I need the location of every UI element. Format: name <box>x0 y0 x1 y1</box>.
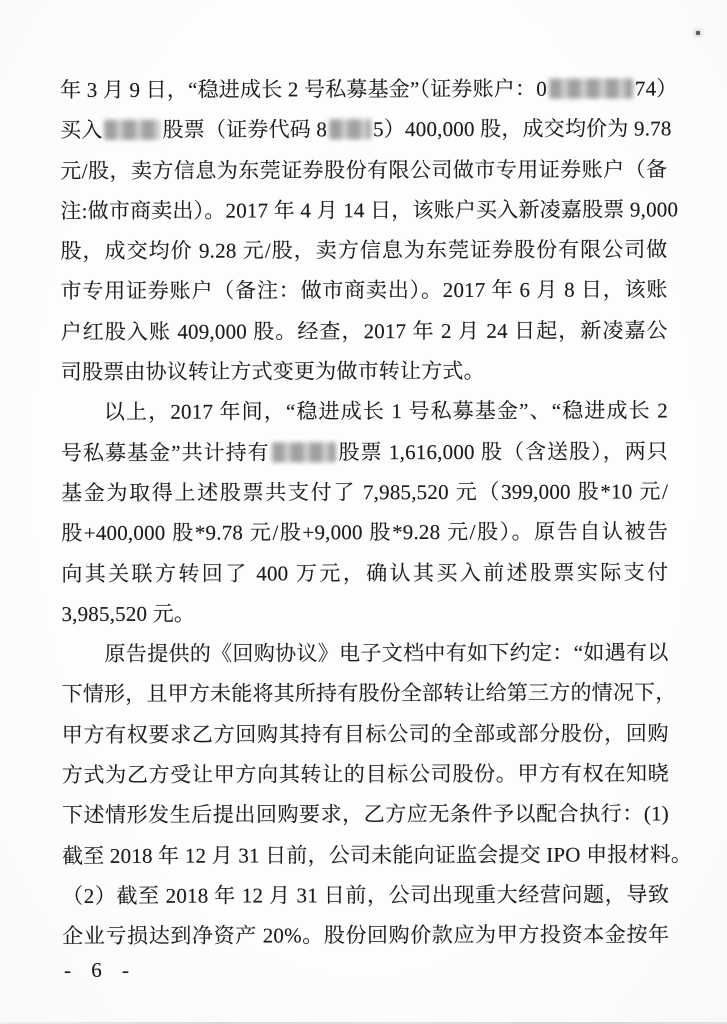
text-segment: 甲方有权要求乙方回购其持有目标公司的全部或部分股份，回购 <box>62 721 669 747</box>
text-line: 原告提供的《回购协议》电子文档中有如下约定：“如遇有以 <box>61 633 668 675</box>
text-segment: 5）400,000 股，成交均价为 9.78 <box>373 117 671 142</box>
text-line: （2）截至 2018 年 12 月 31 日前，公司出现重大经营问题，导致 <box>62 874 669 916</box>
text-segment: 股，成交均价 9.28 元/股，卖方信息为东莞证券股份有限公司做 <box>60 238 667 264</box>
text-segment: 向其关联方转回了 400 万元，确认其买入前述股票实际支付 <box>61 560 668 586</box>
text-segment: 年 3 月 9 日，“稳进成长 2 号私募基金”（证券账户：0 <box>60 77 547 102</box>
redacted-text <box>329 119 371 139</box>
text-segment: 下述情形发生后提出回购要求，乙方应无条件予以配合执行：(1) <box>62 802 669 828</box>
text-segment: 注:做市商卖出）。2017 年 4 月 14 日，该账户买入新凌嘉股票 9,00… <box>60 197 678 223</box>
text-segment: 号私募基金”共计持有 <box>61 440 270 465</box>
redacted-text <box>549 79 633 99</box>
text-line: 号私募基金”共计持有股票 1,616,000 股（含送股），两只 <box>61 431 668 473</box>
text-segment: 企业亏损达到净资产 20%。股份回购价款应为甲方投资本金按年 <box>62 923 669 949</box>
scan-speck <box>696 31 700 35</box>
text-line: 年 3 月 9 日，“稳进成长 2 号私募基金”（证券账户：074） <box>60 68 667 110</box>
text-segment: 元/股，卖方信息为东莞证券股份有限公司做市专用证券账户（备 <box>60 157 667 183</box>
text-line: 下述情形发生后提出回购要求，乙方应无条件予以配合执行：(1) <box>62 794 669 836</box>
text-segment: 市专用证券账户（备注：做市商卖出）。2017 年 6 月 8 日，该账 <box>61 278 668 304</box>
document-text: 年 3 月 9 日，“稳进成长 2 号私募基金”（证券账户：074）买入股票（证… <box>60 68 669 956</box>
text-segment: 下情形，且甲方未能将其所持有股份全部转让给第三方的情况下， <box>62 681 677 707</box>
text-line: 截至 2018 年 12 月 31 日前，公司未能向证监会提交 IPO 申报材料… <box>62 834 669 876</box>
text-segment: 户红股入账 409,000 股。经查，2017 年 2 月 24 日起，新凌嘉公 <box>61 318 668 344</box>
text-segment: 方式为乙方受让甲方向其转让的目标公司股份。甲方有权在知晓 <box>62 761 669 787</box>
page-number: - 6 - <box>64 950 132 990</box>
text-segment: 截至 2018 年 12 月 31 日前，公司未能向证监会提交 IPO 申报材料… <box>62 842 692 868</box>
text-line: 买入股票（证券代码 85）400,000 股，成交均价为 9.78 <box>60 109 667 151</box>
text-line: 司股票由协议转让方式变更为做市转让方式。 <box>61 350 668 392</box>
text-segment: 买入 <box>60 118 102 142</box>
redacted-text <box>272 442 336 462</box>
text-segment: 74） <box>635 76 678 100</box>
text-segment: 基金为取得上述股票共支付了 7,985,520 元（399,000 股*10 元… <box>61 479 668 505</box>
text-segment: 股票（证券代码 8 <box>163 118 328 142</box>
text-segment: 3,985,520 元。 <box>61 602 195 626</box>
text-line: 股+400,000 股*9.78 元/股+9,000 股*9.28 元/股）。原… <box>61 512 668 554</box>
text-segment: 司股票由协议转让方式变更为做市转让方式。 <box>61 359 485 384</box>
text-line: 元/股，卖方信息为东莞证券股份有限公司做市专用证券账户（备 <box>60 149 667 191</box>
text-line: 企业亏损达到净资产 20%。股份回购价款应为甲方投资本金按年 <box>62 915 669 957</box>
text-line: 方式为乙方受让甲方向其转让的目标公司股份。甲方有权在知晓 <box>62 753 669 795</box>
redacted-text <box>105 120 161 140</box>
text-line: 市专用证券账户（备注：做市商卖出）。2017 年 6 月 8 日，该账 <box>61 270 668 312</box>
text-line: 户红股入账 409,000 股。经查，2017 年 2 月 24 日起，新凌嘉公 <box>61 310 668 352</box>
text-line: 注:做市商卖出）。2017 年 4 月 14 日，该账户买入新凌嘉股票 9,00… <box>60 189 667 231</box>
text-line: 股，成交均价 9.28 元/股，卖方信息为东莞证券股份有限公司做 <box>60 230 667 272</box>
text-line: 3,985,520 元。 <box>61 592 668 634</box>
text-line: 以上，2017 年间，“稳进成长 1 号私募基金”、“稳进成长 2 <box>61 391 668 433</box>
text-segment: 原告提供的《回购协议》电子文档中有如下约定：“如遇有以 <box>104 641 668 666</box>
document-page: 年 3 月 9 日，“稳进成长 2 号私募基金”（证券账户：074）买入股票（证… <box>0 0 727 1024</box>
text-segment: 股+400,000 股*9.78 元/股+9,000 股*9.28 元/股）。原… <box>61 520 668 546</box>
text-line: 甲方有权要求乙方回购其持有目标公司的全部或部分股份，回购 <box>62 713 669 755</box>
text-segment: 股票 1,616,000 股（含送股），两只 <box>338 439 668 464</box>
text-segment: （2）截至 2018 年 12 月 31 日前，公司出现重大经营问题，导致 <box>62 882 669 908</box>
text-segment: 以上，2017 年间，“稳进成长 1 号私募基金”、“稳进成长 2 <box>104 399 668 424</box>
text-line: 基金为取得上述股票共支付了 7,985,520 元（399,000 股*10 元… <box>61 471 668 513</box>
text-line: 向其关联方转回了 400 万元，确认其买入前述股票实际支付 <box>61 552 668 594</box>
text-line: 下情形，且甲方未能将其所持有股份全部转让给第三方的情况下， <box>62 673 669 715</box>
